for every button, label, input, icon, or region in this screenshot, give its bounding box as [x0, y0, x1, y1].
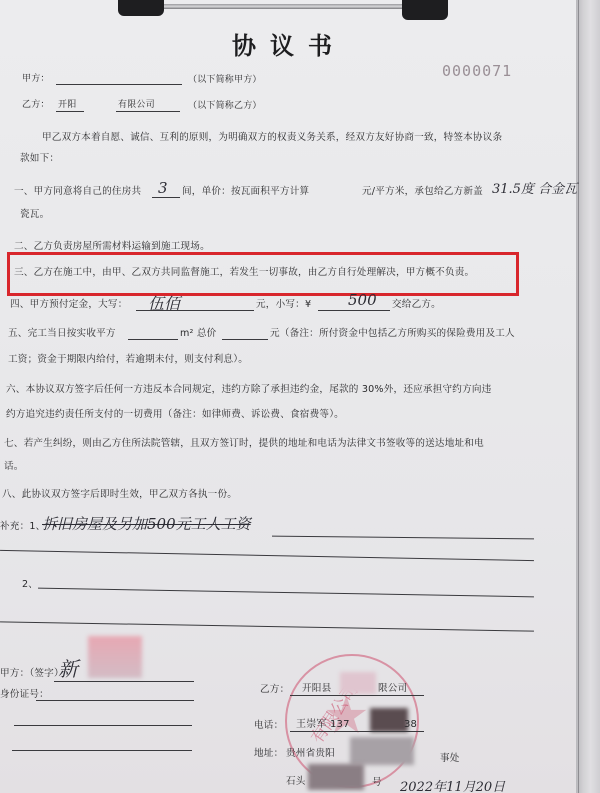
clause-4-mid: 元，小写：¥ [256, 298, 311, 311]
clause-3: 三、乙方在施工中，由甲、乙双方共同监督施工，若发生一切事故，由乙方自行处理解决，… [14, 266, 474, 279]
paper-clip [118, 0, 448, 20]
party-a-suffix: （以下简称甲方） [188, 74, 262, 87]
paper-edge-shadow [576, 0, 600, 793]
address-line-2-prefix: 石头 [286, 775, 306, 788]
party-b-company-line [290, 695, 424, 696]
supplement-item-1: 拆旧房屋及另加500元工人工资 [42, 513, 251, 534]
supplement-label: 补充：1、 [0, 520, 45, 533]
clause-5-area-field [128, 339, 178, 340]
serial-number: 0000071 [442, 62, 512, 80]
clause-1-mid: 间，单价：按瓦面积平方计算 [182, 185, 309, 198]
phone-value-suffix: 38 [404, 718, 417, 731]
clause-1-line-2: 瓷瓦。 [20, 208, 49, 221]
clause-1-rooms: 3 [158, 179, 168, 197]
clause-4-upper-underline [136, 310, 254, 311]
clause-4-prefix: 四、甲方预付定金，大写： [10, 298, 128, 311]
clause-5-line-2: 工资；资金于期限内给付，若逾期未付，则支付利息）。 [8, 353, 248, 366]
phone-field-a [14, 725, 192, 726]
clause-7-line-1: 七、若产生纠纷，则由乙方住所法院管辖，且双方签订时，提供的地址和电话为法律文书签… [4, 437, 484, 450]
address-suffix: 事处 [440, 752, 460, 765]
redacted-address-line-2 [308, 764, 364, 790]
supplement-item-2-label: 2、 [22, 578, 38, 591]
clause-4-lower-underline [318, 310, 390, 311]
agreement-paper [0, 0, 578, 793]
clause-5-suffix: 元（备注：所付资金中包括乙方所购买的保险费用及工人 [270, 327, 515, 340]
party-b-label: 乙方： [22, 99, 50, 112]
clause-8: 八、此协议双方签字后即时生效，甲乙双方各执一份。 [2, 488, 237, 501]
redacted-phone [370, 708, 408, 732]
clause-1-prefix: 一、甲方同意将自己的住房共 [14, 185, 141, 198]
clause-6-line-1: 六、本协议双方签字后任何一方违反本合同规定，违约方除了承担违约金，尾款的 30%… [6, 383, 491, 396]
clip-grip-right [402, 0, 448, 20]
redacted-address [350, 737, 414, 765]
signing-date: 2022年11月20日 [400, 776, 505, 793]
clause-1-mid2: 元/平方米，承包给乙方新盖 [362, 185, 483, 198]
signature-party-a-label: 甲方：（签字） [0, 667, 64, 680]
clause-5-prefix: 五、完工当日按实收平方 [8, 327, 116, 340]
signature-party-b-label: 乙方： [260, 683, 289, 696]
id-number-field [36, 700, 194, 701]
address-value: 贵州省贵阳 [286, 747, 335, 760]
party-b-suffix: （以下简称乙方） [188, 100, 262, 113]
preamble-line-1: 甲乙双方本着自愿、诚信、互利的原则，为明确双方的权责义务关系，经双方友好协商一致… [42, 131, 502, 144]
party-b-underline-2 [116, 111, 180, 112]
party-a-field [56, 84, 182, 85]
party-b-company-part2: 限公司 [378, 682, 407, 695]
redacted-signature [88, 636, 142, 678]
party-b-underline-1 [56, 111, 84, 112]
clause-1-rooms-underline [152, 197, 180, 198]
clause-1-handwritten-spec: 31.5度 合金瓦 [492, 178, 577, 197]
redacted-company-name [340, 672, 376, 694]
signature-party-a: 新 [58, 653, 78, 682]
document-title: 协议书 [232, 26, 346, 61]
party-a-label: 甲方： [22, 73, 50, 86]
signature-party-a-line [54, 681, 194, 682]
paper-edge-line [578, 0, 579, 793]
clip-wire [138, 4, 428, 9]
preamble-line-2: 款如下： [20, 152, 59, 165]
address-line-2-suffix: 号 [372, 776, 382, 789]
clause-4-amount-lower: 500 [348, 291, 377, 309]
address-label: 地址： [254, 747, 283, 760]
phone-value-prefix: 王崇军 137 [296, 718, 350, 731]
clause-4-suffix: 交给乙方。 [392, 298, 441, 311]
clause-5-unit: m² 总价 [180, 327, 216, 340]
phone-line [290, 731, 424, 732]
clip-grip-left [118, 0, 164, 16]
clause-6-line-2: 约方追究违约责任所支付的一切费用（备注：如律师费、诉讼费、食宿费等）。 [6, 408, 344, 421]
clause-5-total-field [222, 339, 268, 340]
party-b-company-part1: 开阳县 [302, 682, 331, 695]
clause-7-line-2: 话。 [4, 460, 24, 473]
phone-label: 电话： [254, 719, 283, 732]
address-field-a [12, 750, 192, 751]
